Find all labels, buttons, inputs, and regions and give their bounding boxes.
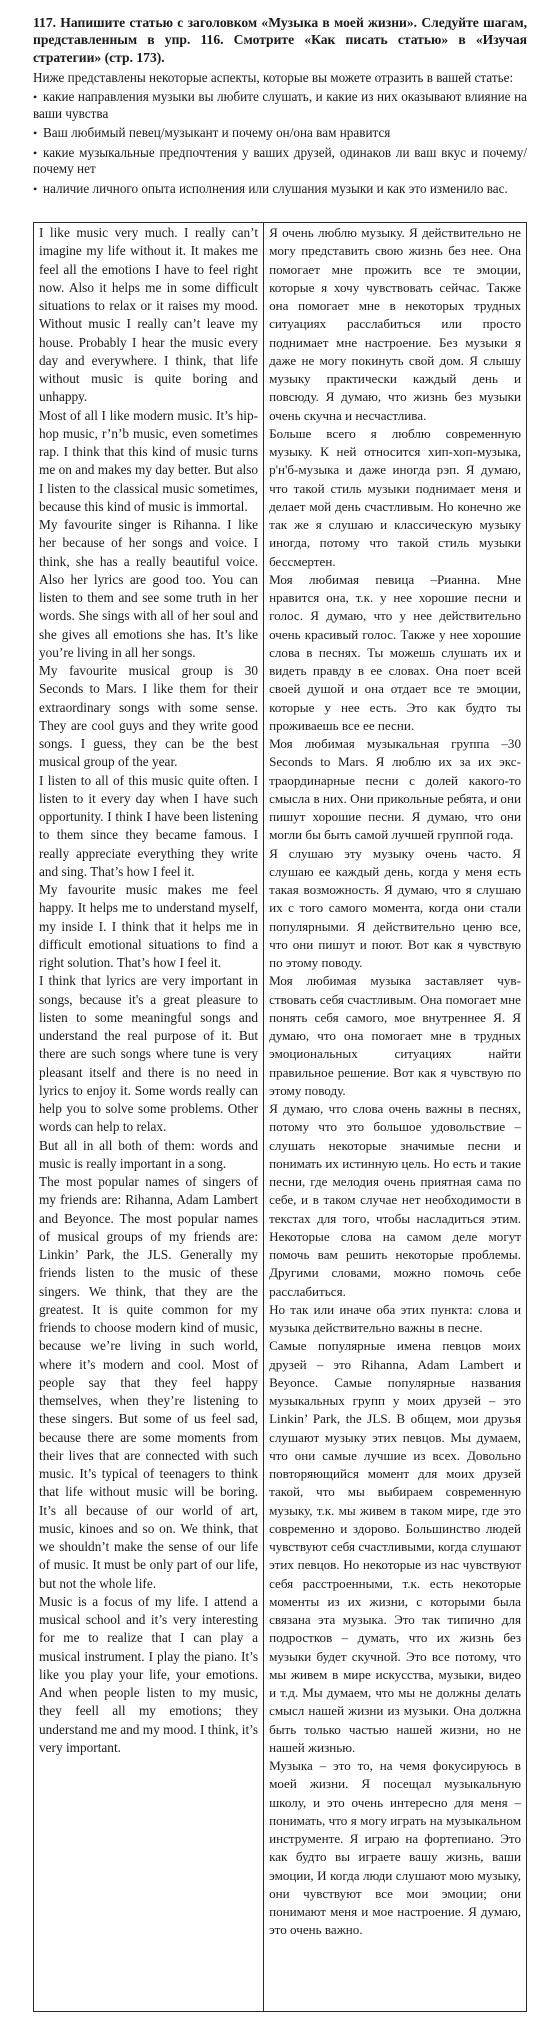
aspect-item: •какие музыкальные предпочтения у ваших … [33,145,527,178]
russian-paragraph: Я очень люблю музыку. Я действи­тельно н… [269,224,521,425]
english-paragraph: Most of all I like modern music. It’s hi… [39,407,258,517]
russian-paragraph: Больше всего я люблю современную музыку.… [269,425,521,571]
task-heading: 117. Напишите статью с заголовком «Музык… [33,14,527,66]
exercise-page: 117. Напишите статью с заголовком «Музык… [33,14,527,200]
russian-paragraph: Моя любимая музыкальная группа –30 Secon… [269,735,521,845]
russian-paragraph: Моя любимая музыка заставляет чув­ствова… [269,972,521,1100]
russian-paragraph: Музыка – это то, на чемя фокусиру­юсь в … [269,1757,521,1940]
essay-table: I like music very much. I really can’t i… [33,222,527,2012]
bullet-icon: • [33,89,43,106]
russian-paragraph: Я слушаю эту музыку очень часто. Я слуша… [269,845,521,973]
aspect-text: какие музыкальные предпочтения у ваших д… [33,145,527,177]
russian-paragraph: Самые популярные имена певцов мо­их друз… [269,1337,521,1757]
bullet-icon: • [33,125,43,142]
bullet-icon: • [33,145,43,162]
bullet-icon: • [33,181,43,198]
task-intro: Ниже представлены некоторые аспекты, кот… [33,70,527,87]
english-paragraph: But all in all both of them: words and m… [39,1137,258,1174]
aspect-list: •какие направления музыки вы любите слуш… [33,89,527,197]
aspect-text: какие направления музыки вы любите слуша… [33,89,527,121]
russian-column: Я очень люблю музыку. Я действи­тельно н… [264,223,526,2011]
english-paragraph: I think that lyrics are very important i… [39,972,258,1136]
russian-paragraph: Моя любимая певица –Рианна. Мне нравится… [269,571,521,735]
english-paragraph: The most popular names of singers of my … [39,1173,258,1593]
english-paragraph: I listen to all of this music quite ofte… [39,772,258,882]
english-column: I like music very much. I really can’t i… [34,223,264,2011]
aspect-item: •Ваш любимый певец/музыкант и почему он/… [33,125,527,142]
english-paragraph: My favourite musical group is 30 Seconds… [39,662,258,772]
aspect-item: •какие направления музыки вы любите слуш… [33,89,527,122]
aspect-text: наличие личного опыта исполнения или слу… [43,181,508,196]
english-paragraph: Music is a focus of my life. I attend a … [39,1593,258,1757]
aspect-text: Ваш любимый певец/музыкант и почему он/о… [43,125,390,140]
russian-paragraph: Я думаю, что слова очень важны в песнях,… [269,1100,521,1301]
english-paragraph: My favourite music makes me feel happy. … [39,881,258,972]
russian-paragraph: Но так или иначе оба этих пункта: слова … [269,1301,521,1338]
english-paragraph: My favourite singer is Rihanna. I like h… [39,516,258,662]
english-paragraph: I like music very much. I really can’t i… [39,224,258,407]
aspect-item: •наличие личного опыта исполнения или сл… [33,181,527,198]
